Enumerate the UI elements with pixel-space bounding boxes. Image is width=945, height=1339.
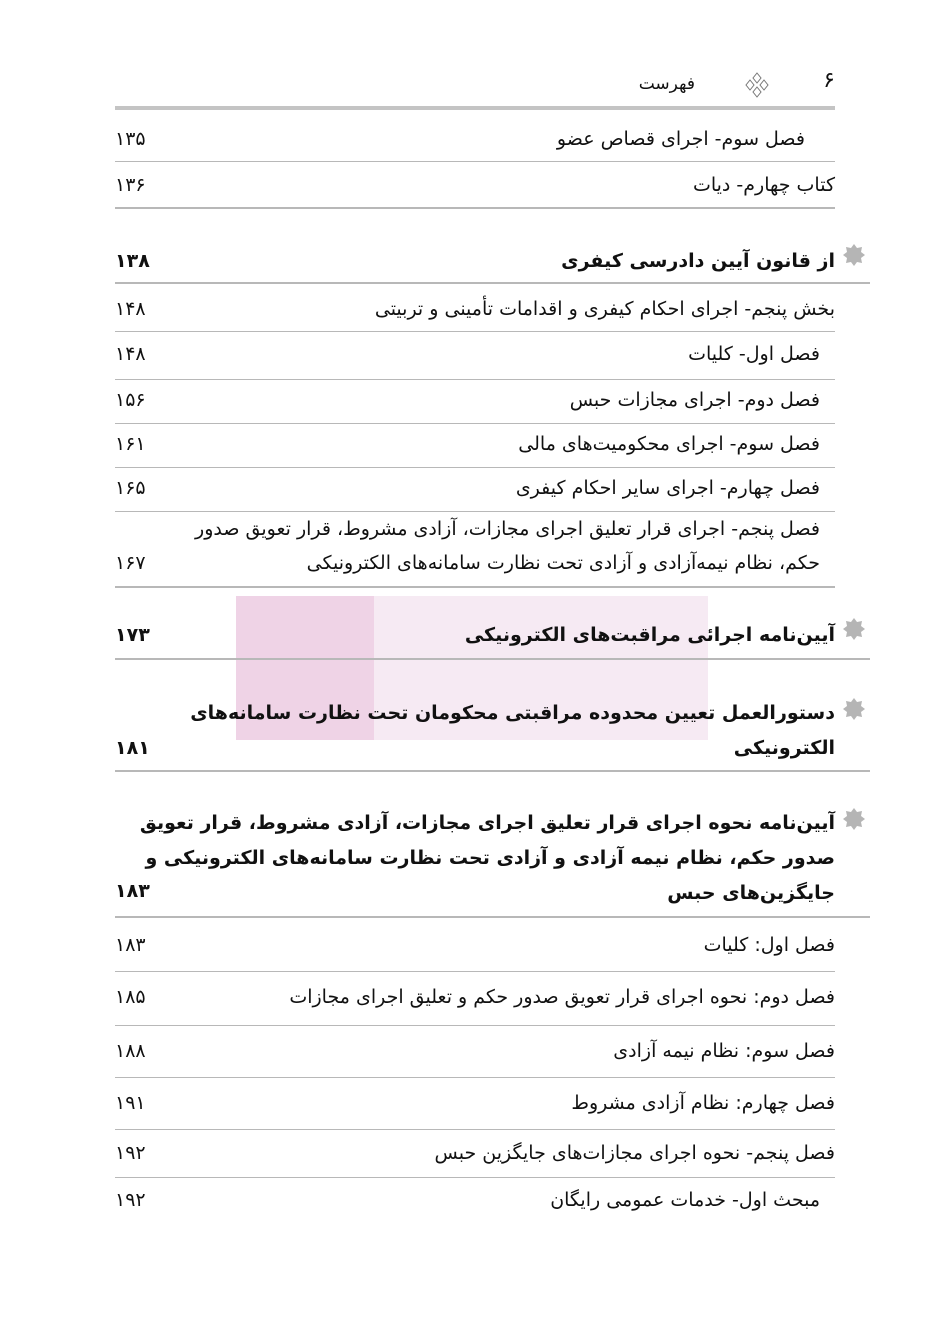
toc-entry-page: ۱۸۳ (115, 874, 150, 908)
toc-entry-page: ۱۳۸ (115, 244, 150, 278)
toc-entry[interactable]: فصل چهارم- اجرای سایر احکام کیفری ۱۶۵ (115, 468, 820, 512)
star-bullet-icon (843, 698, 865, 720)
toc-entry-title: فصل چهارم- اجرای سایر احکام کیفری (516, 471, 820, 505)
diamond-cluster-icon (744, 72, 770, 98)
toc-entry-title-line: آیین‌نامه نحوه اجرای قرار تعلیق اجرای مج… (140, 806, 835, 840)
divider (115, 1025, 835, 1026)
toc-entry-title: فصل سوم- اجرای محکومیت‌های مالی (518, 427, 820, 461)
divider (115, 1177, 835, 1178)
toc-entry-title: فصل چهارم: نظام آزادی مشروط (571, 1086, 835, 1120)
toc-entry[interactable]: فصل پنجم- اجرای قرار تعلیق اجرای مجازات،… (115, 512, 820, 588)
toc-entry-page: ۱۹۱ (115, 1086, 146, 1120)
toc-entry-page: ۱۴۸ (115, 292, 146, 326)
toc-entry-title: فصل دوم- اجرای مجازات حبس (570, 383, 820, 417)
toc-entry-title: فصل اول: کلیات (704, 928, 835, 962)
toc-entry[interactable]: فصل اول- کلیات ۱۴۸ (115, 334, 820, 380)
toc-entry-page: ۱۸۸ (115, 1034, 146, 1068)
toc-entry-page: ۱۳۶ (115, 168, 146, 202)
header-divider (115, 106, 835, 110)
divider (115, 586, 835, 588)
toc-entry[interactable]: فصل سوم: نظام نیمه آزادی ۱۸۸ (115, 1028, 835, 1078)
toc-entry-page: ۱۹۲ (115, 1183, 146, 1217)
divider (115, 207, 835, 209)
toc-entry[interactable]: فصل دوم: نحوه اجرای قرار تعویق صدور حکم … (115, 974, 835, 1026)
toc-entry[interactable]: فصل اول: کلیات ۱۸۳ (115, 922, 835, 972)
divider (115, 161, 835, 162)
toc-entry[interactable]: فصل دوم- اجرای مجازات حبس ۱۵۶ (115, 380, 820, 424)
toc-entry[interactable]: کتاب چهارم- دیات ۱۳۶ (115, 165, 835, 209)
divider (115, 282, 870, 284)
divider (115, 770, 870, 772)
toc-entry-page: ۱۸۱ (115, 731, 150, 765)
toc-entry-title: فصل پنجم- نحوه اجرای مجازات‌های جایگزین … (435, 1136, 835, 1170)
toc-entry-title-line: فصل پنجم- اجرای قرار تعلیق اجرای مجازات،… (195, 512, 820, 546)
toc-entry-title-line: صدور حکم، نظام نیمه آزادی و آزادی تحت نظ… (145, 841, 835, 875)
toc-entry-title-line: الکترونیکی (734, 731, 835, 765)
star-bullet-icon (843, 244, 865, 266)
toc-entry-title: فصل سوم: نظام نیمه آزادی (613, 1034, 835, 1068)
toc-entry[interactable]: دستورالعمل تعیین محدوده مراقبتی محکومان … (115, 690, 835, 772)
toc-entry-title-line: حکم، نظام نیمه‌آزادی و آزادی تحت نظارت س… (307, 546, 820, 580)
star-bullet-icon (843, 618, 865, 640)
toc-entry[interactable]: فصل سوم- اجرای قصاص عضو ۱۳۵ (115, 120, 805, 162)
toc-entry[interactable]: آیین‌نامه اجرائی مراقبت‌های الکترونیکی ۱… (115, 612, 835, 660)
star-bullet-icon (843, 808, 865, 830)
toc-entry-title: فصل دوم: نحوه اجرای قرار تعویق صدور حکم … (289, 980, 835, 1014)
toc-entry-title: بخش پنجم- اجرای احکام کیفری و اقدامات تأ… (375, 292, 835, 326)
toc-entry[interactable]: آیین‌نامه نحوه اجرای قرار تعلیق اجرای مج… (115, 800, 835, 918)
divider (115, 916, 870, 918)
divider (115, 1077, 835, 1078)
page-header: ۶ فهرست (115, 66, 835, 106)
toc-entry[interactable]: مبحث اول- خدمات عمومی رایگان ۱۹۲ (115, 1180, 820, 1224)
toc-page: ۶ فهرست فصل سوم- اجرای قصاص عضو ۱۳۵ کتاب… (0, 0, 945, 1339)
toc-entry-title: آیین‌نامه اجرائی مراقبت‌های الکترونیکی (465, 618, 835, 652)
toc-entry-page: ۱۸۵ (115, 980, 146, 1014)
toc-entry-title: از قانون آیین دادرسی کیفری (561, 244, 835, 278)
toc-entry-page: ۱۷۳ (115, 618, 150, 652)
toc-entry-page: ۱۹۲ (115, 1136, 146, 1170)
toc-entry-title: فصل سوم- اجرای قصاص عضو (557, 122, 805, 156)
toc-entry-page: ۱۶۵ (115, 471, 146, 505)
toc-entry-page: ۱۸۳ (115, 928, 146, 962)
divider (115, 658, 870, 660)
divider (115, 971, 835, 972)
toc-entry-page: ۱۵۶ (115, 383, 146, 417)
toc-entry-title: مبحث اول- خدمات عمومی رایگان (550, 1183, 820, 1217)
toc-entry-page: ۱۳۵ (115, 122, 146, 156)
divider (115, 1129, 835, 1130)
toc-entry[interactable]: فصل پنجم- نحوه اجرای مجازات‌های جایگزین … (115, 1132, 835, 1178)
divider (115, 331, 835, 332)
toc-entry-title-line: دستورالعمل تعیین محدوده مراقبتی محکومان … (190, 696, 835, 730)
toc-entry-title: فصل اول- کلیات (688, 337, 820, 371)
toc-entry-page: ۱۶۷ (115, 546, 146, 580)
toc-entry[interactable]: بخش پنجم- اجرای احکام کیفری و اقدامات تأ… (115, 288, 835, 332)
header-title: فهرست (639, 74, 695, 94)
toc-entry-title-line: جایگزین‌های حبس (667, 876, 835, 910)
toc-entry-title: کتاب چهارم- دیات (693, 168, 835, 202)
page-number: ۶ (823, 68, 835, 93)
toc-entry-page: ۱۶۱ (115, 427, 146, 461)
toc-entry[interactable]: از قانون آیین دادرسی کیفری ۱۳۸ (115, 238, 835, 284)
toc-entry[interactable]: فصل چهارم: نظام آزادی مشروط ۱۹۱ (115, 1080, 835, 1130)
toc-entry[interactable]: فصل سوم- اجرای محکومیت‌های مالی ۱۶۱ (115, 424, 820, 468)
toc-entry-page: ۱۴۸ (115, 337, 146, 371)
